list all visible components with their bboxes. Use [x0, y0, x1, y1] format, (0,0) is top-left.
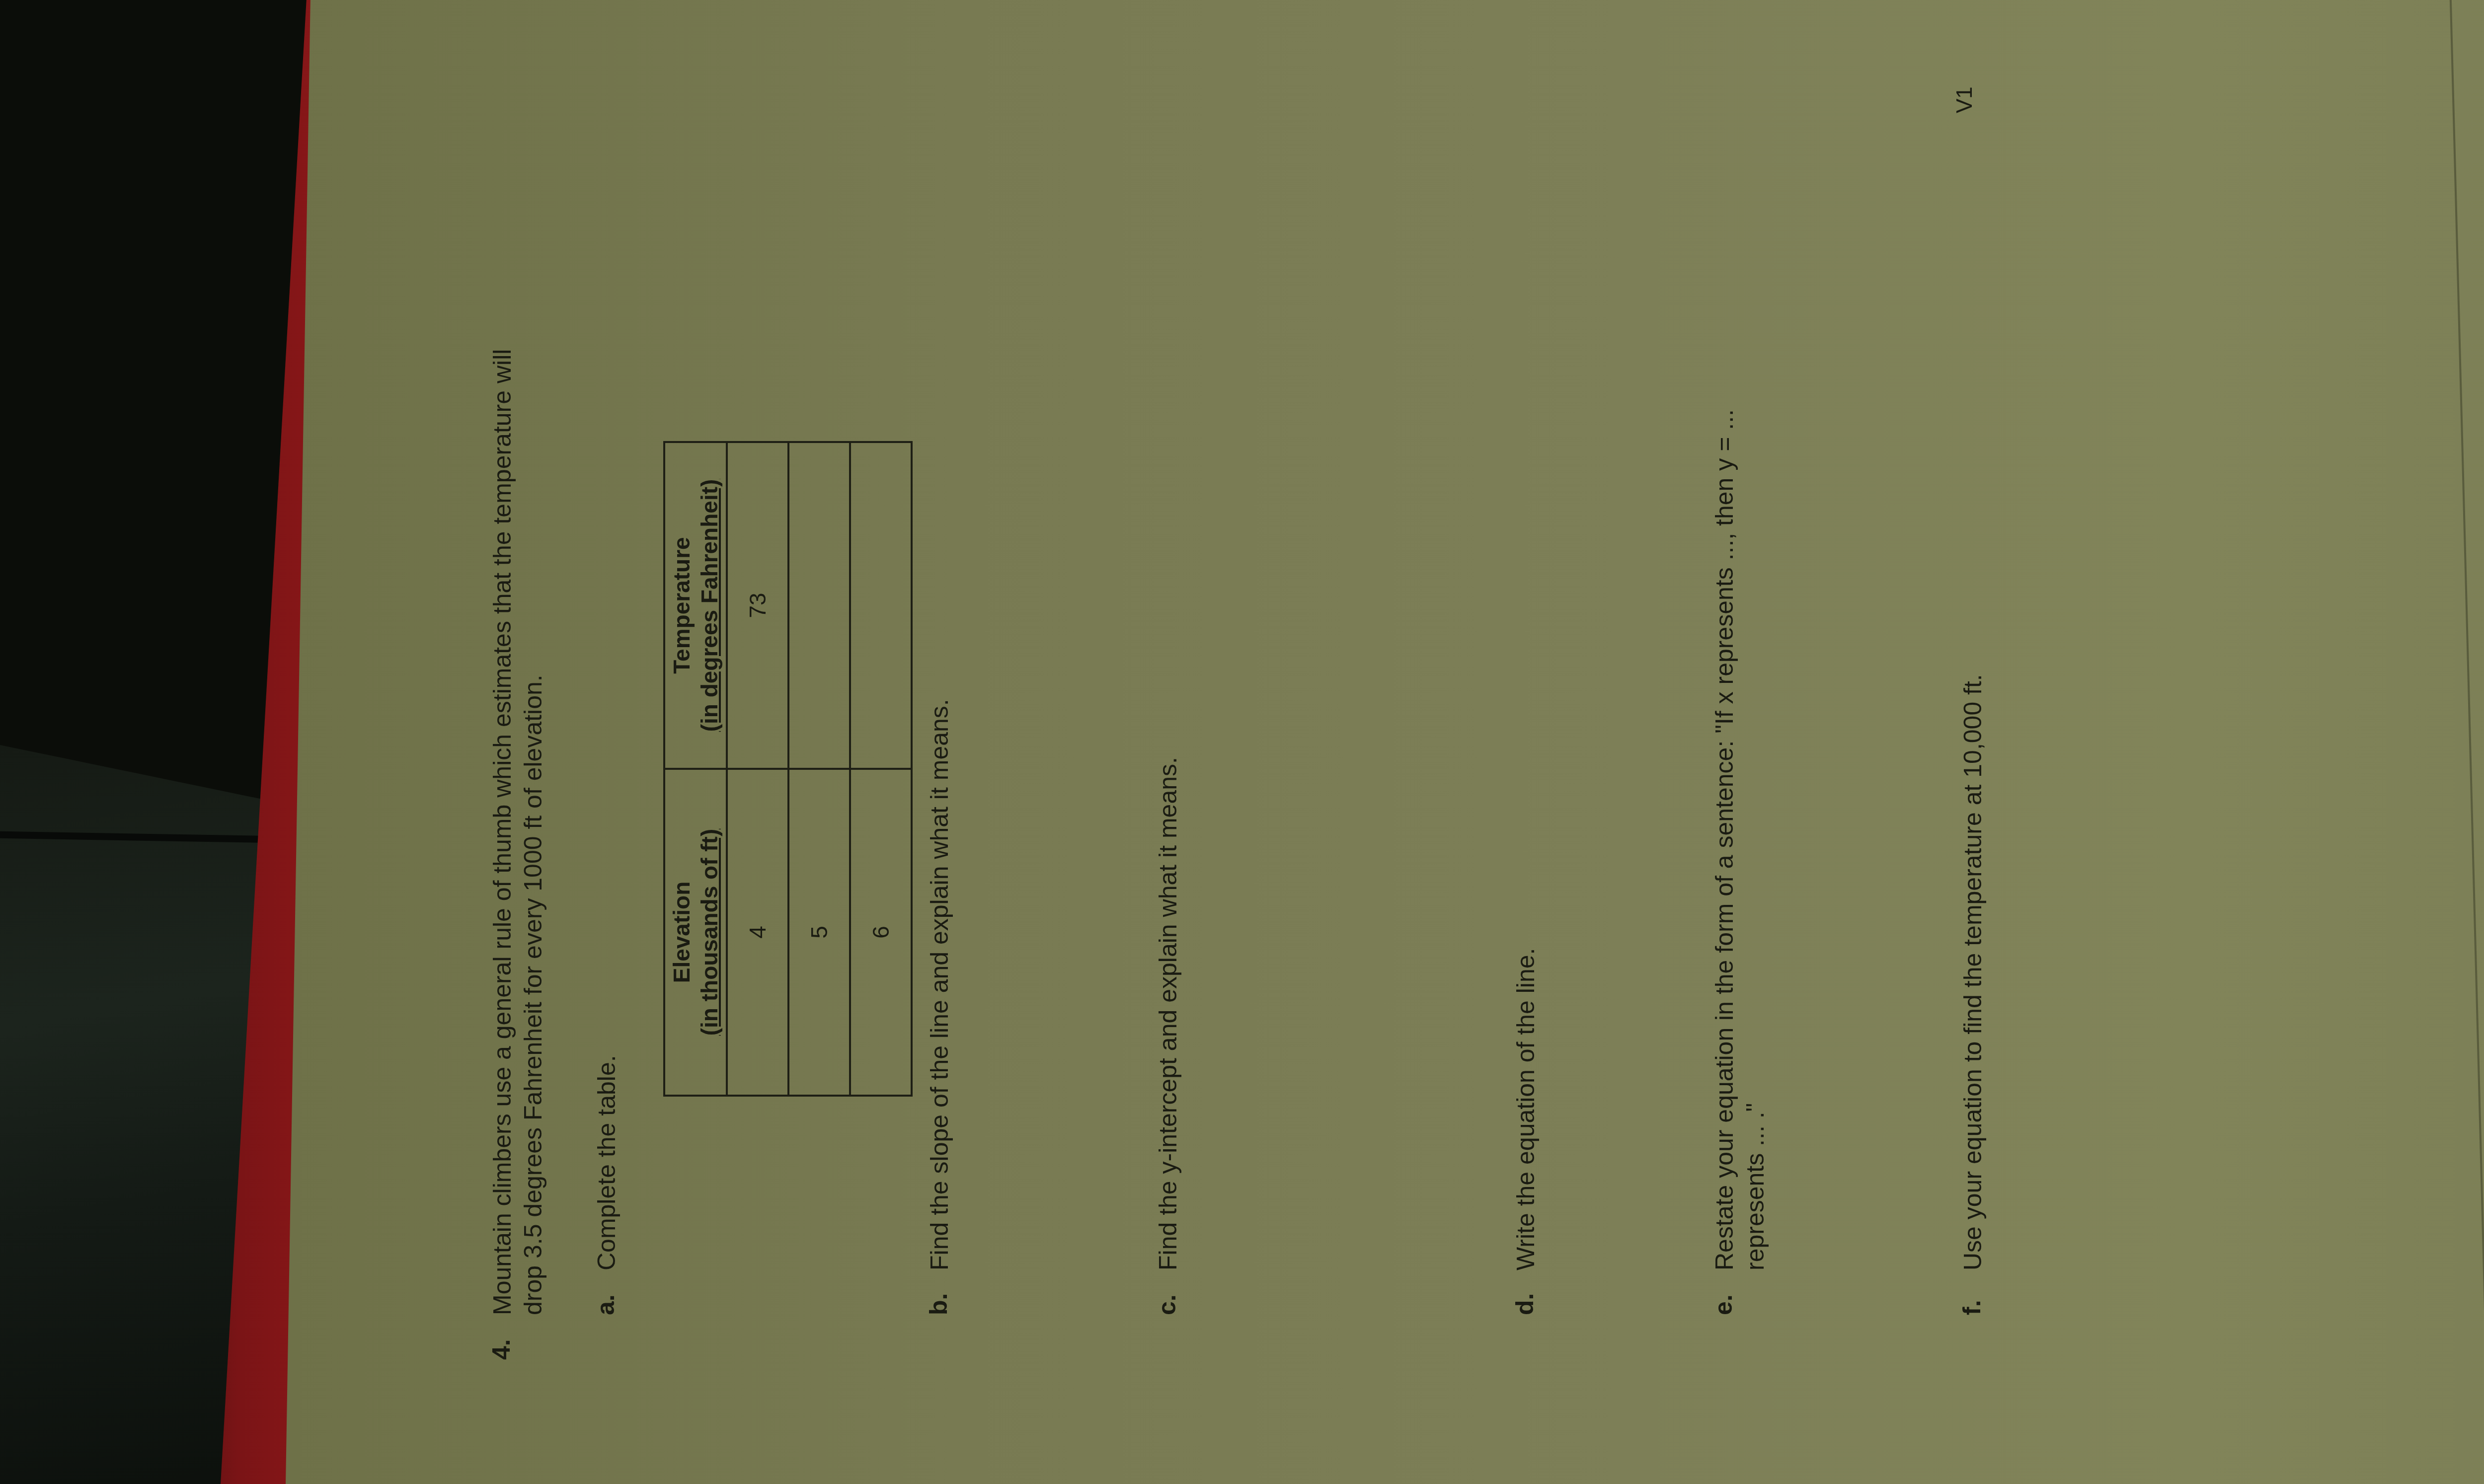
part-c-label: c.: [1153, 1294, 1181, 1315]
elevation-cell: 6: [850, 769, 912, 1096]
temperature-cell[interactable]: [850, 442, 912, 769]
worksheet-page: V1 4. Mountain climbers use a general ru…: [298, 0, 2484, 1484]
header-elevation-title: Elevation: [668, 770, 696, 1094]
table-row: 4 73: [727, 442, 788, 1096]
part-e-label: e.: [1709, 1294, 1738, 1315]
temperature-cell[interactable]: [788, 442, 850, 769]
version-label: V1: [1952, 86, 1977, 113]
header-elevation-subtitle: (in thousands of ft): [696, 770, 723, 1094]
part-a-text: Complete the table.: [591, 1055, 622, 1270]
part-d-label: d.: [1510, 1293, 1539, 1315]
part-f-text: Use your equation to find the temperatur…: [1957, 674, 1988, 1270]
question-text-line2: drop 3.5 degrees Fahrenheit for every 10…: [518, 674, 548, 1315]
header-temperature: Temperature (in degrees Fahrenheit): [664, 442, 727, 769]
elevation-cell: 4: [727, 769, 788, 1096]
part-e-text-line2: represents ... .": [1740, 1103, 1771, 1270]
temperature-cell[interactable]: 73: [727, 442, 788, 769]
part-b-label: b.: [924, 1293, 953, 1315]
table-row: 5: [788, 442, 850, 1096]
part-f-label: f.: [1957, 1300, 1986, 1315]
part-e-text-line1: Restate your equation in the form of a s…: [1709, 409, 1740, 1270]
part-b-text: Find the slope of the line and explain w…: [924, 699, 955, 1270]
elevation-cell: 5: [788, 769, 850, 1096]
header-elevation: Elevation (in thousands of ft): [664, 769, 727, 1096]
part-c-text: Find the y-intercept and explain what it…: [1153, 757, 1183, 1270]
question-number: 4.: [487, 1339, 516, 1360]
part-a-label: a.: [591, 1294, 620, 1315]
table-row: 6: [850, 442, 912, 1096]
header-temperature-subtitle: (in degrees Fahrenheit): [696, 444, 723, 767]
question-text-line1: Mountain climbers use a general rule of …: [487, 349, 518, 1315]
part-d-text: Write the equation of the line.: [1510, 948, 1541, 1271]
elevation-temperature-table: Elevation (in thousands of ft) Temperatu…: [663, 441, 913, 1097]
header-temperature-title: Temperature: [668, 444, 696, 767]
